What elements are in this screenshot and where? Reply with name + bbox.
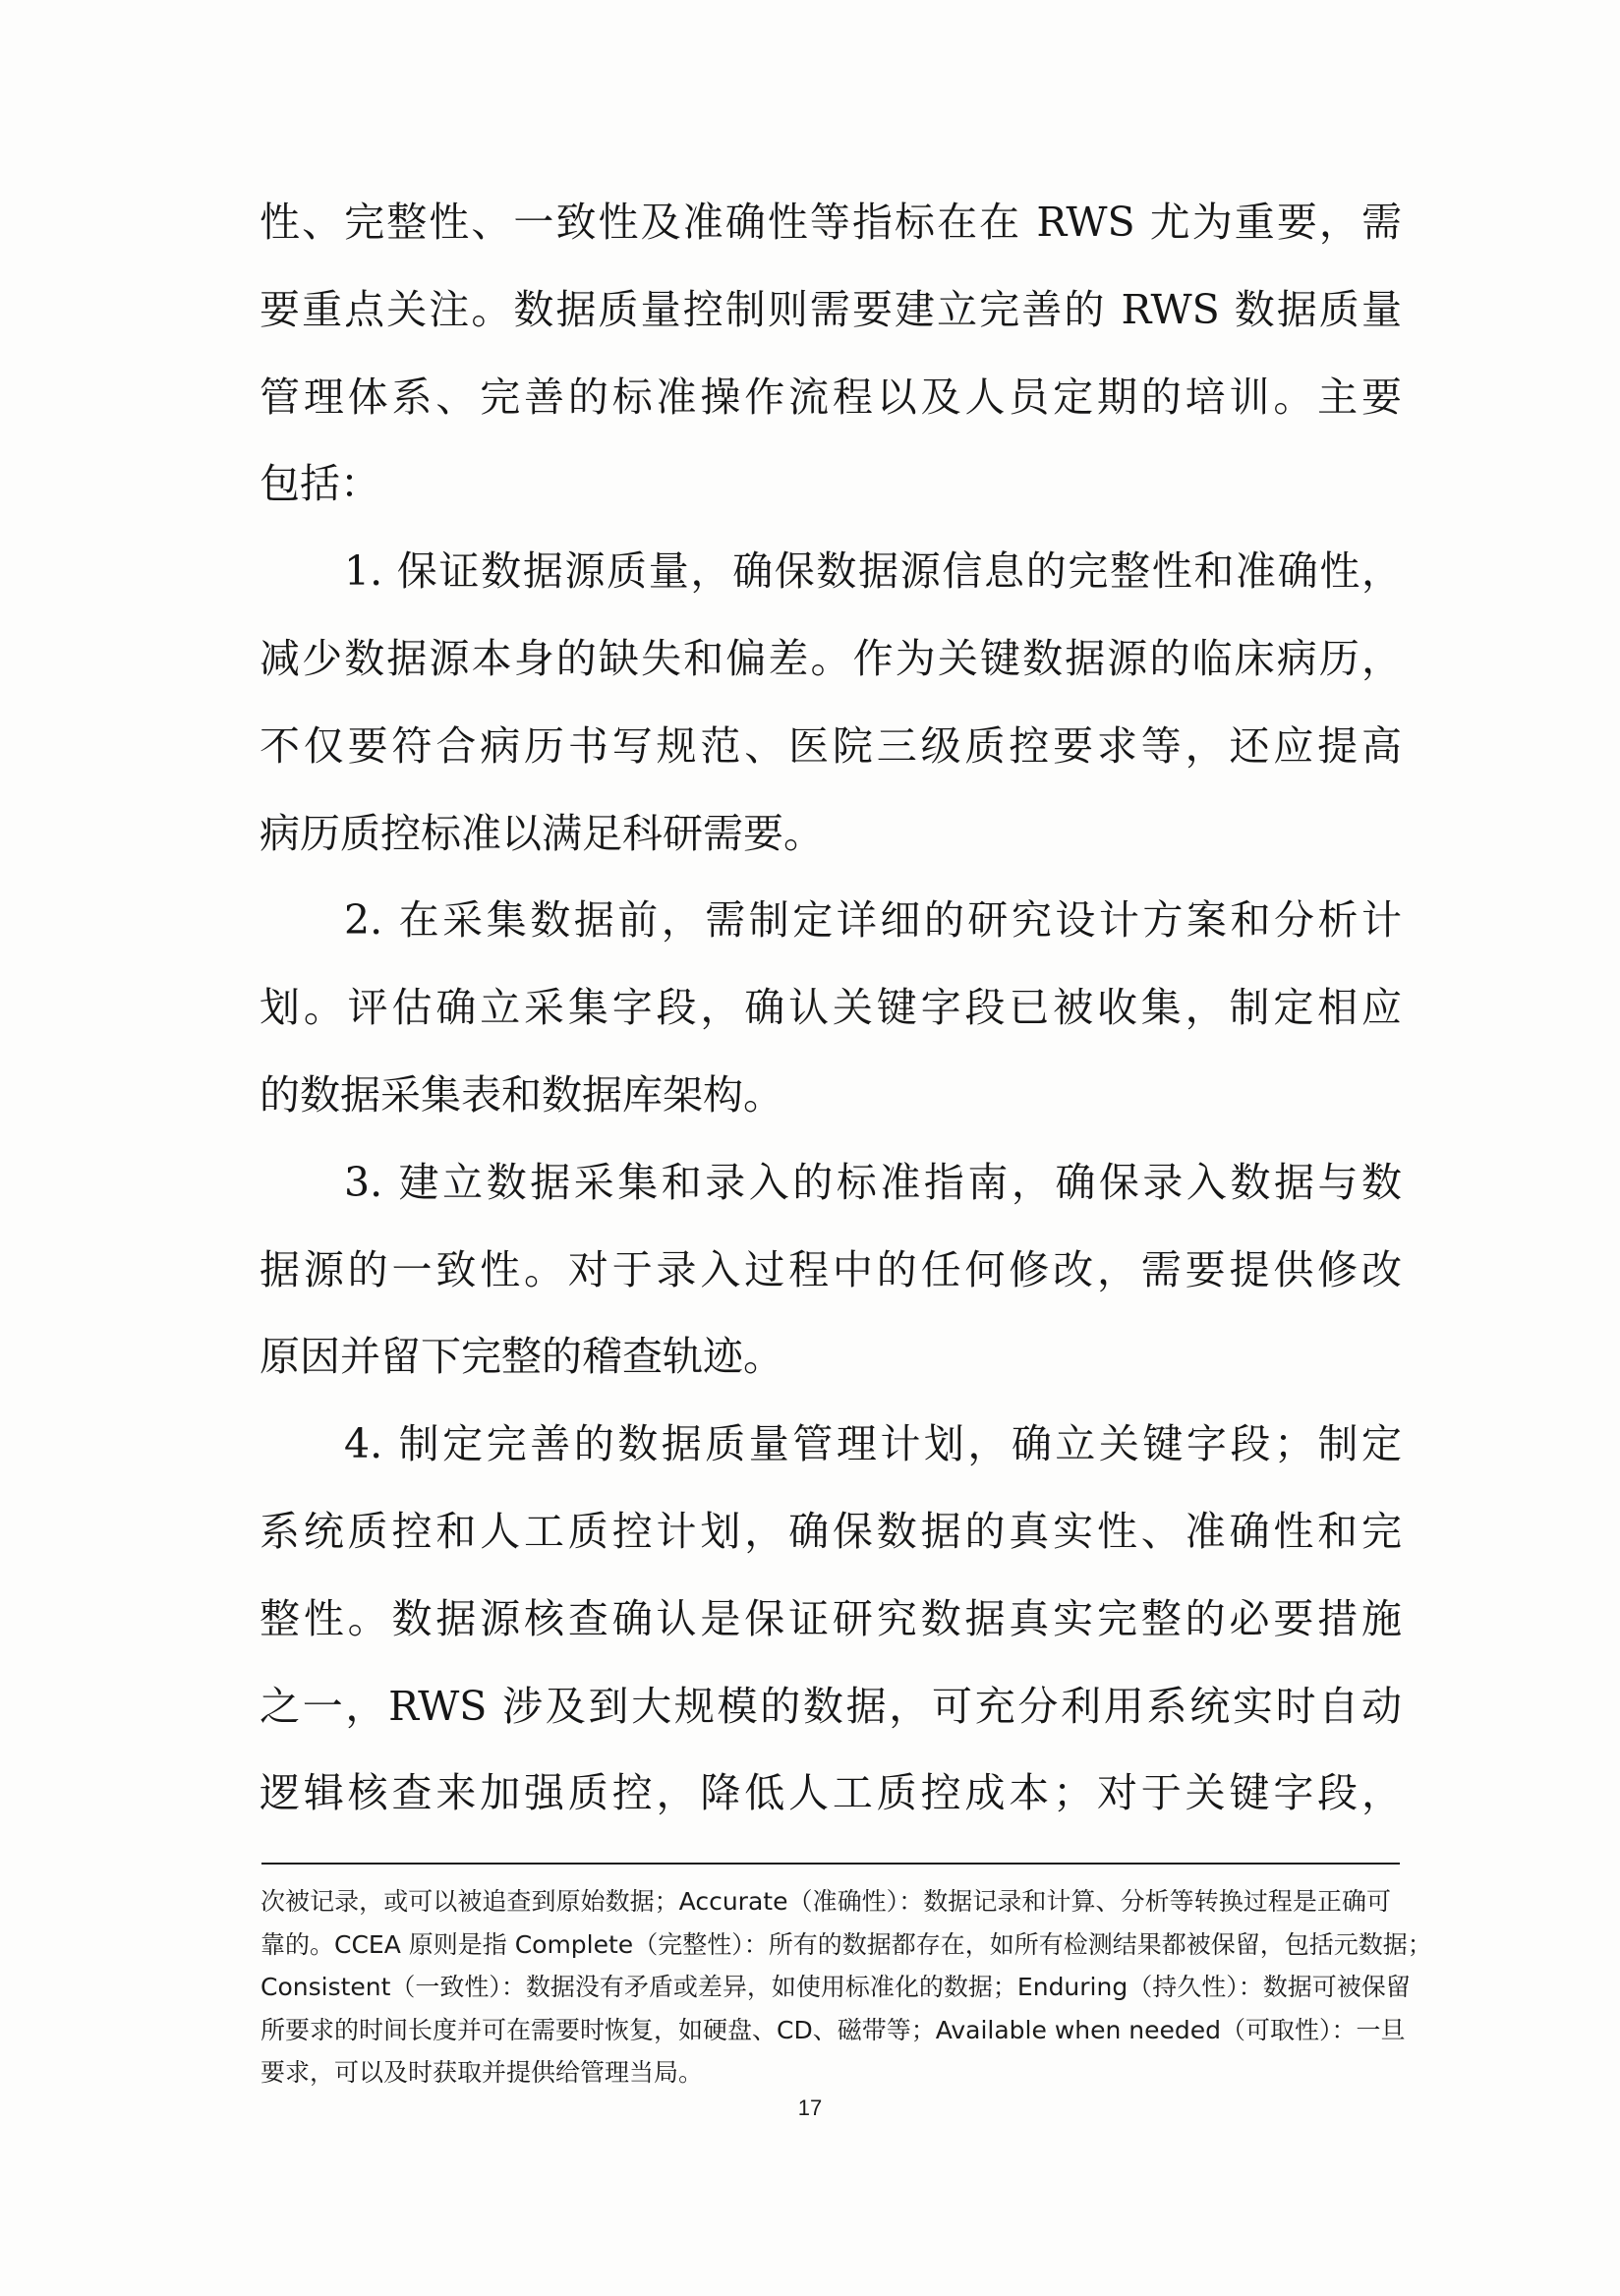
text-line: 性、完整性、一致性及准确性等指标在在 RWS 尤为重要，需 — [260, 179, 1402, 266]
footnote-line: 要求，可以及时获取并提供给管理当局。 — [260, 2051, 1391, 2095]
body-text: 性、完整性、一致性及准确性等指标在在 RWS 尤为重要，需 要重点关注。数据质量… — [260, 179, 1402, 1837]
list-item-3: 3. 建立数据采集和录入的标准指南，确保录入数据与数 据源的一致性。对于录入过程… — [260, 1139, 1402, 1401]
list-item-1: 1. 保证数据源质量，确保数据源信息的完整性和准确性， 减少数据源本身的缺失和偏… — [260, 528, 1402, 877]
footnote-line: 靠的。CCEA 原则是指 Complete（完整性）：所有的数据都存在，如所有检… — [260, 1923, 1391, 1967]
text-line: 1. 保证数据源质量，确保数据源信息的完整性和准确性， — [260, 528, 1402, 615]
text-line: 减少数据源本身的缺失和偏差。作为关键数据源的临床病历， — [260, 615, 1402, 703]
text-line: 的数据采集表和数据库架构。 — [260, 1052, 1402, 1139]
footnote-line: 所要求的时间长度并可在需要时恢复，如硬盘、CD、磁带等；Available wh… — [260, 2009, 1391, 2052]
list-item-2: 2. 在采集数据前，需制定详细的研究设计方案和分析计 划。评估确立采集字段，确认… — [260, 877, 1402, 1138]
page-number: 17 — [0, 2094, 1620, 2123]
text-line: 2. 在采集数据前，需制定详细的研究设计方案和分析计 — [260, 877, 1402, 964]
text-line: 3. 建立数据采集和录入的标准指南，确保录入数据与数 — [260, 1139, 1402, 1227]
text-line: 划。评估确立采集字段，确认关键字段已被收集，制定相应 — [260, 964, 1402, 1052]
footnote-line: 次被记录，或可以被追查到原始数据；Accurate（准确性）：数据记录和计算、分… — [260, 1880, 1391, 1923]
footnote: 次被记录，或可以被追查到原始数据；Accurate（准确性）：数据记录和计算、分… — [260, 1880, 1391, 2095]
footnote-line: Consistent（一致性）：数据没有矛盾或差异，如使用标准化的数据；Endu… — [260, 1966, 1391, 2009]
text-line: 据源的一致性。对于录入过程中的任何修改，需要提供修改 — [260, 1227, 1402, 1314]
text-line: 4. 制定完善的数据质量管理计划，确立关键字段；制定 — [260, 1401, 1402, 1488]
text-line: 原因并留下完整的稽查轨迹。 — [260, 1313, 1402, 1401]
footnote-separator — [261, 1863, 1400, 1865]
list-item-4: 4. 制定完善的数据质量管理计划，确立关键字段；制定 系统质控和人工质控计划，确… — [260, 1401, 1402, 1837]
text-line: 逻辑核查来加强质控，降低人工质控成本；对于关键字段， — [260, 1750, 1402, 1837]
text-line: 整性。数据源核查确认是保证研究数据真实完整的必要措施 — [260, 1576, 1402, 1663]
paragraph-intro-continuation: 性、完整性、一致性及准确性等指标在在 RWS 尤为重要，需 要重点关注。数据质量… — [260, 179, 1402, 528]
text-line: 不仅要符合病历书写规范、医院三级质控要求等，还应提高 — [260, 703, 1402, 790]
text-line: 之一，RWS 涉及到大规模的数据，可充分利用系统实时自动 — [260, 1663, 1402, 1751]
text-line: 包括： — [260, 440, 1402, 528]
document-page: 性、完整性、一致性及准确性等指标在在 RWS 尤为重要，需 要重点关注。数据质量… — [0, 0, 1620, 2296]
text-line: 要重点关注。数据质量控制则需要建立完善的 RWS 数据质量 — [260, 266, 1402, 354]
text-line: 病历质控标准以满足科研需要。 — [260, 790, 1402, 878]
text-line: 管理体系、完善的标准操作流程以及人员定期的培训。主要 — [260, 354, 1402, 441]
text-line: 系统质控和人工质控计划，确保数据的真实性、准确性和完 — [260, 1488, 1402, 1576]
